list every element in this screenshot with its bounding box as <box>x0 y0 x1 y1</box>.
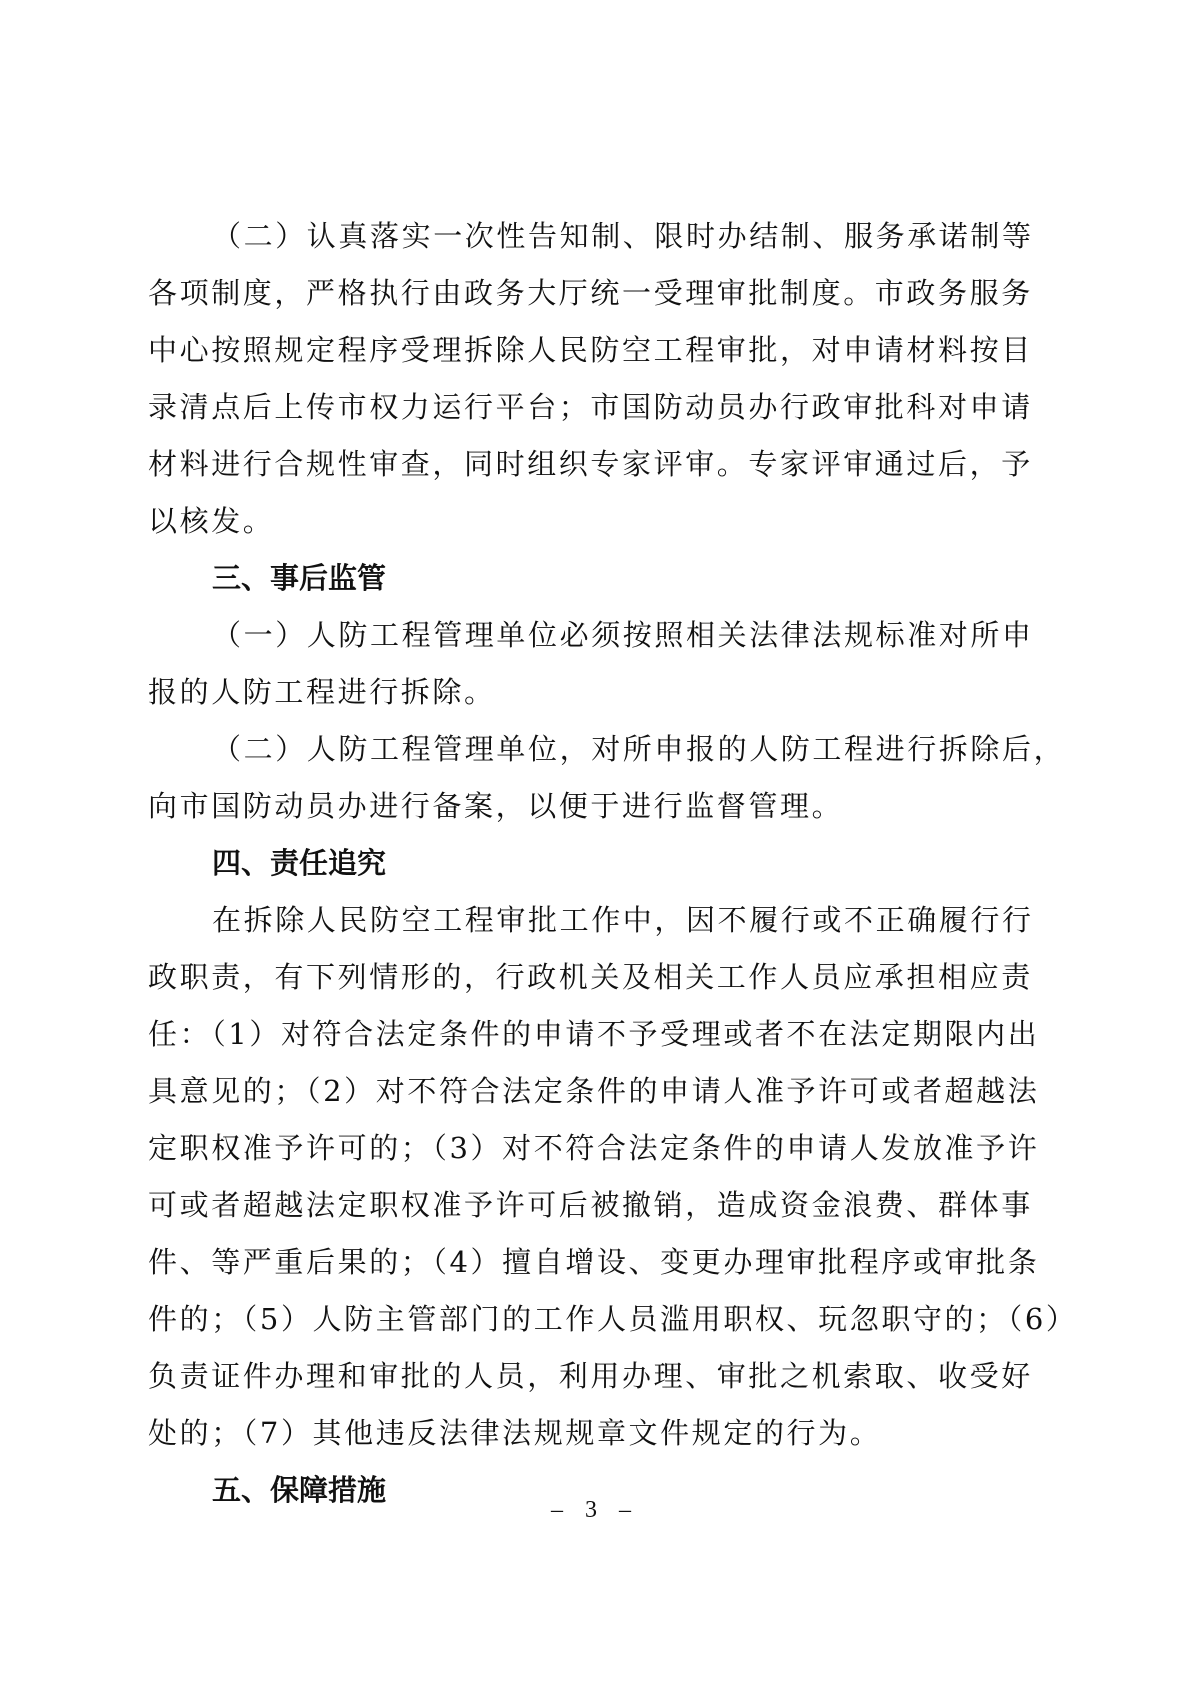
paragraph-line: 录清点后上传市权力运行平台；市国防动员办行政审批科对申请 <box>148 379 1041 436</box>
paragraph-line: 具意见的；（2）对不符合法定条件的申请人准予许可或者超越法 <box>148 1063 1041 1120</box>
page-number: – 3 – <box>0 1497 1190 1524</box>
paragraph-line: （二）人防工程管理单位，对所申报的人防工程进行拆除后， <box>148 721 1041 778</box>
section-heading-accountability: 四、责任追究 <box>148 835 1041 892</box>
paragraph-line: 定职权准予许可的；（3）对不符合法定条件的申请人发放准予许 <box>148 1120 1041 1177</box>
paragraph-line: 材料进行合规性审查，同时组织专家评审。专家评审通过后，予 <box>148 436 1041 493</box>
paragraph-line: 负责证件办理和审批的人员，利用办理、审批之机索取、收受好 <box>148 1348 1041 1405</box>
paragraph-line: 件的；（5）人防主管部门的工作人员滥用职权、玩忽职守的；（6） <box>148 1291 1041 1348</box>
paragraph-line: 可或者超越法定职权准予许可后被撤销，造成资金浪费、群体事 <box>148 1177 1041 1234</box>
paragraph-line: 政职责，有下列情形的，行政机关及相关工作人员应承担相应责 <box>148 949 1041 1006</box>
paragraph-line: 处的；（7）其他违反法律法规规章文件规定的行为。 <box>148 1405 1041 1462</box>
paragraph-line: 向市国防动员办进行备案，以便于进行监督管理。 <box>148 778 1041 835</box>
paragraph-line: 任：（1）对符合法定条件的申请不予受理或者不在法定期限内出 <box>148 1006 1041 1063</box>
paragraph-line: 中心按照规定程序受理拆除人民防空工程审批，对申请材料按目 <box>148 322 1041 379</box>
paragraph-line: 以核发。 <box>148 493 1041 550</box>
paragraph-line: 各项制度，严格执行由政务大厅统一受理审批制度。市政务服务 <box>148 265 1041 322</box>
paragraph-line: 报的人防工程进行拆除。 <box>148 664 1041 721</box>
document-body: （二）认真落实一次性告知制、限时办结制、服务承诺制等 各项制度，严格执行由政务大… <box>148 208 1041 1519</box>
paragraph-line: （一）人防工程管理单位必须按照相关法律法规标准对所申 <box>148 607 1041 664</box>
paragraph-line: 件、等严重后果的；（4）擅自增设、变更办理审批程序或审批条 <box>148 1234 1041 1291</box>
paragraph-line: （二）认真落实一次性告知制、限时办结制、服务承诺制等 <box>148 208 1041 265</box>
section-heading-post-supervision: 三、事后监管 <box>148 550 1041 607</box>
paragraph-line: 在拆除人民防空工程审批工作中，因不履行或不正确履行行 <box>148 892 1041 949</box>
